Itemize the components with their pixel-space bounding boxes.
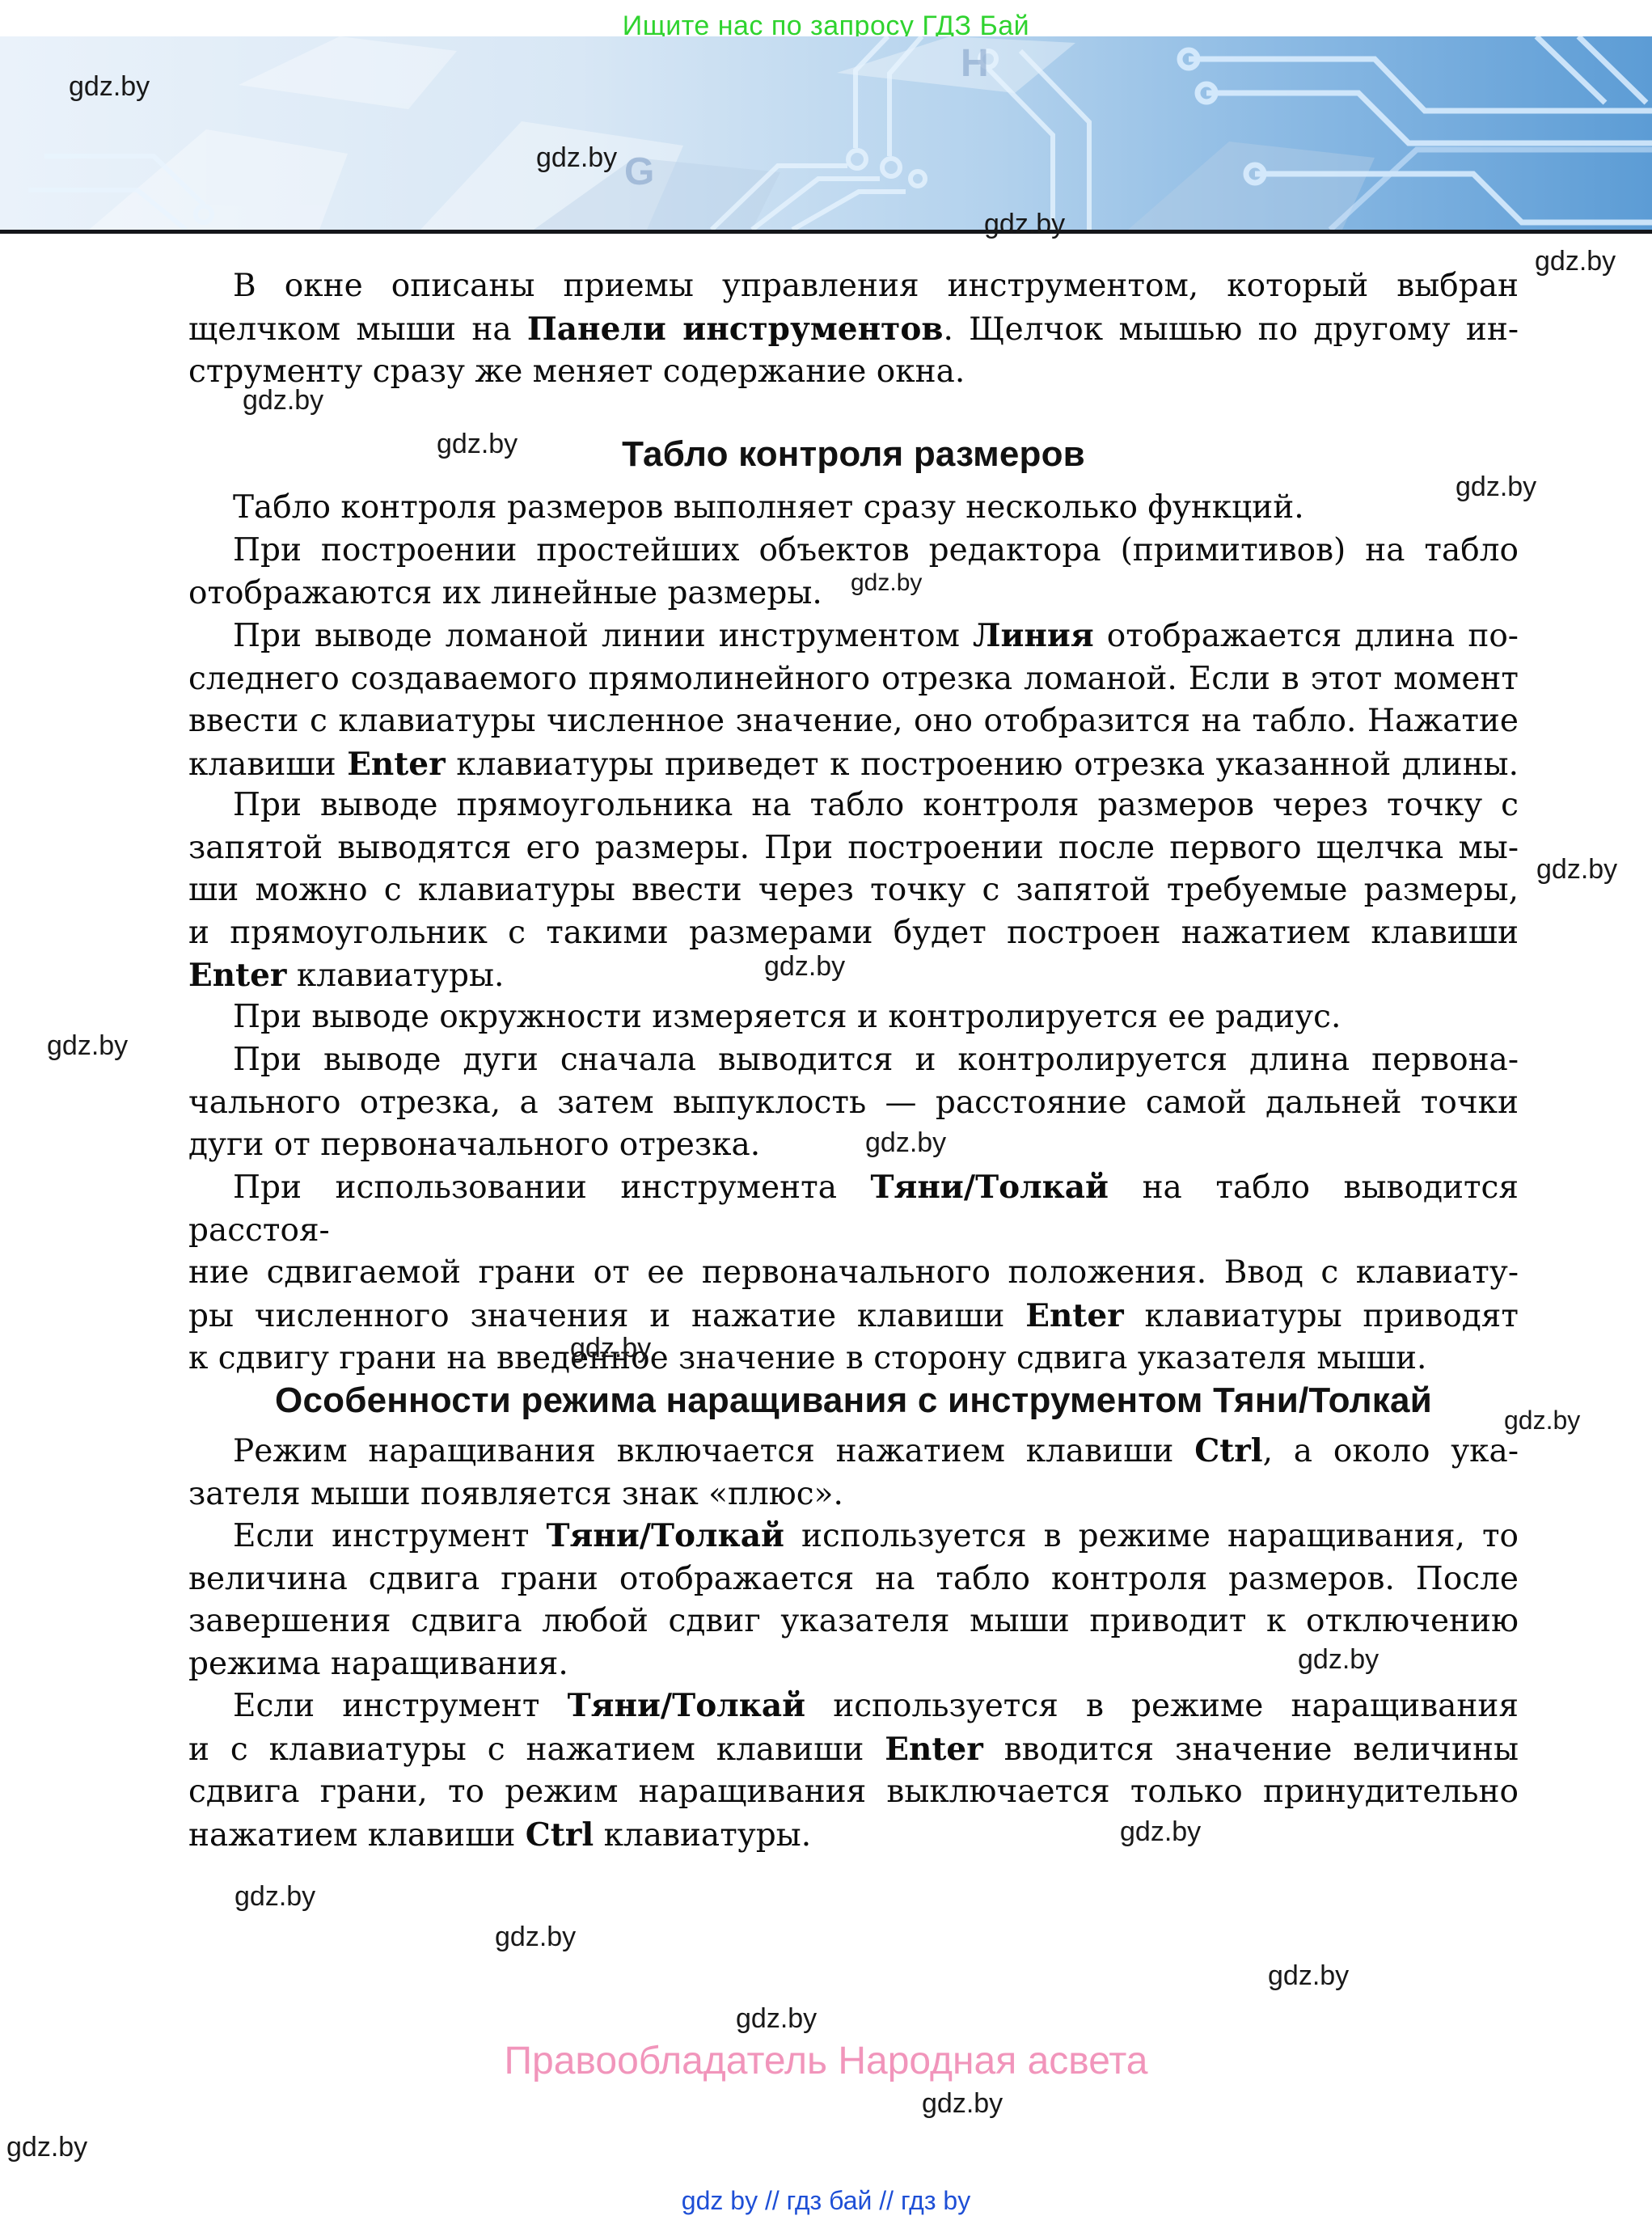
paragraph: Режим наращивания включается нажатием кл…	[188, 1430, 1519, 1516]
gdzby-watermark: gdz.by	[47, 1032, 128, 1059]
paragraph: Табло контроля размеров выполняет сразу …	[188, 487, 1519, 530]
text-line: сдвига грани, то режим наращивания выклю…	[188, 1771, 1519, 1814]
text-line: При построении простейших объектов редак…	[188, 530, 1519, 573]
text-line: При выводе прямоугольника на табло контр…	[188, 784, 1519, 827]
text-line: При выводе окружности измеряется и контр…	[188, 996, 1519, 1039]
page-number: 166	[111, 223, 172, 230]
paragraph: При построении простейших объектов редак…	[188, 530, 1519, 615]
text-line: При выводе дуги сначала выводится и конт…	[188, 1039, 1519, 1082]
text-line: и прямоугольник с такими размерами будет…	[188, 912, 1519, 955]
text-line: В окне описаны приемы управления инструм…	[188, 265, 1519, 308]
text-line: струменту сразу же меняет содержание окн…	[188, 351, 1519, 394]
text-line: чального отрезка, а затем выпуклость — р…	[188, 1082, 1519, 1125]
paragraph: При выводе ломаной линии инструментом Ли…	[188, 615, 1519, 786]
copyright-line: Правообладатель Народная асвета	[0, 2038, 1652, 2085]
text-line: режима наращивания.	[188, 1643, 1519, 1686]
text-line: зателя мыши появляется знак «плюс».	[188, 1474, 1519, 1516]
text-line: запятой выводятся его размеры. При постр…	[188, 827, 1519, 870]
text-line: ние сдвигаемой грани от ее первоначально…	[188, 1252, 1519, 1295]
gdzby-watermark: gdz.by	[1535, 247, 1616, 275]
text-line: При выводе ломаной линии инструментом Ли…	[188, 615, 1519, 658]
text-line: завершения сдвига любой сдвиг указателя …	[188, 1600, 1519, 1643]
text-line: Если инструмент Тяни/Толкай используется…	[188, 1685, 1519, 1728]
text-line: Режим наращивания включается нажатием кл…	[188, 1430, 1519, 1474]
text-line: ввести с клавиатуры численное значение, …	[188, 700, 1519, 743]
section-heading-h2: Особенности режима наращивания с инструм…	[188, 1380, 1519, 1422]
text-line: следнего создаваемого прямолинейного отр…	[188, 658, 1519, 701]
text-line: щелчком мыши на Панели инструментов. Щел…	[188, 308, 1519, 352]
text-line: Если инструмент Тяни/Толкай используется…	[188, 1515, 1519, 1558]
text-line: Табло контроля размеров выполняет сразу …	[188, 487, 1519, 530]
text-line: дуги от первоначального отрезка.	[188, 1124, 1519, 1167]
footer-links[interactable]: gdz by // гдз бай // гдз by	[0, 2185, 1652, 2216]
gdzby-watermark: gdz.by	[6, 2133, 87, 2161]
scanned-book-page: Ищите нас по запросу ГДЗ Бай	[0, 0, 1652, 2224]
text-line: ры численного значения и нажатие клавиши…	[188, 1295, 1519, 1338]
paragraph: При выводе окружности измеряется и контр…	[188, 996, 1519, 1039]
text-line: к сдвигу грани на введенное значение в с…	[188, 1338, 1519, 1380]
paragraph: При выводе дуги сначала выводится и конт…	[188, 1039, 1519, 1167]
section-heading-h1: Табло контроля размеров	[188, 433, 1519, 476]
text-line: и с клавиатуры с нажатием клавиши Enter …	[188, 1728, 1519, 1772]
gdzby-watermark: gdz.by	[1536, 856, 1617, 883]
page-body-text: В окне описаны приемы управления инструм…	[188, 0, 1519, 2224]
text-line: При использовании инструмента Тяни/Толка…	[188, 1166, 1519, 1252]
text-line: ши можно с клавиатуры ввести через точку…	[188, 869, 1519, 912]
paragraph: При выводе прямоугольника на табло контр…	[188, 784, 1519, 998]
text-line: нажатием клавиши Ctrl клавиатуры.	[188, 1814, 1519, 1858]
paragraph: При использовании инструмента Тяни/Толка…	[188, 1166, 1519, 1380]
text-line: Enter клавиатуры.	[188, 954, 1519, 998]
paragraph: В окне описаны приемы управления инструм…	[188, 265, 1519, 394]
text-line: отображаются их линейные размеры.	[188, 573, 1519, 615]
paragraph: Если инструмент Тяни/Толкай используется…	[188, 1685, 1519, 1857]
text-line: клавиши Enter клавиатуры приведет к пост…	[188, 743, 1519, 787]
text-line: величина сдвига грани отображается на та…	[188, 1558, 1519, 1601]
paragraph: Если инструмент Тяни/Толкай используется…	[188, 1515, 1519, 1685]
